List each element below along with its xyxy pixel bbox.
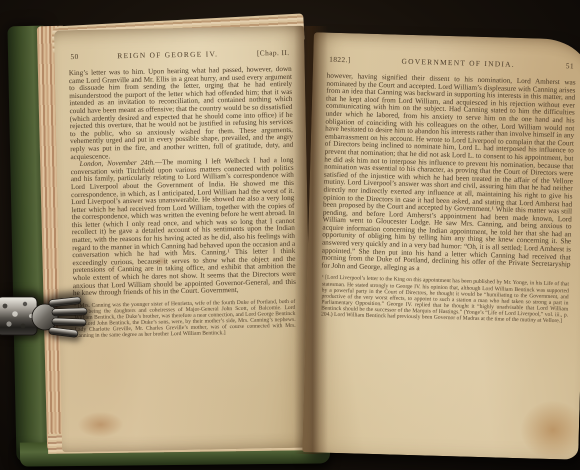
chapter-marker: [Chap. II. [257,48,290,58]
paragraph: King’s letter was to him. Upon hearing w… [69,66,294,161]
left-body-text: King’s letter was to him. Upon hearing w… [69,66,296,298]
left-page: 50 REIGN OF GEORGE IV. [Chap. II. King’s… [54,26,312,453]
silver-hand-page-clasp [0,288,89,346]
book-photo-scene: 50 REIGN OF GEORGE IV. [Chap. II. King’s… [0,0,580,470]
left-running-head: 50 REIGN OF GEORGE IV. [Chap. II. [68,48,291,61]
right-body-text: however, having signified their dissent … [321,73,575,277]
right-page: 1822.] GOVERNMENT OF INDIA. 51 however, … [302,32,580,460]
left-footnote: ¹ [Mrs. Canning was the younger sister o… [73,299,297,340]
right-running-title: GOVERNMENT OF INDIA. [401,57,515,69]
clasp-hand [32,297,87,338]
right-running-head: 1822.] GOVERNMENT OF INDIA. 51 [327,55,576,71]
right-page-number: 51 [566,61,574,70]
diary-entry-text: —The morning I left Welbeck I had a long… [71,156,296,297]
year-marker: 1822.] [329,55,351,65]
right-footnote: ¹ [Lord Liverpool’s letter to the King o… [320,275,570,325]
left-running-title: REIGN OF GEORGE IV. [117,49,218,60]
clasp-handle-bar [0,297,37,335]
paragraph: London, November 24th.—The morning I lef… [70,157,296,298]
left-page-number: 50 [70,52,78,61]
paragraph: however, having signified their dissent … [321,73,575,277]
